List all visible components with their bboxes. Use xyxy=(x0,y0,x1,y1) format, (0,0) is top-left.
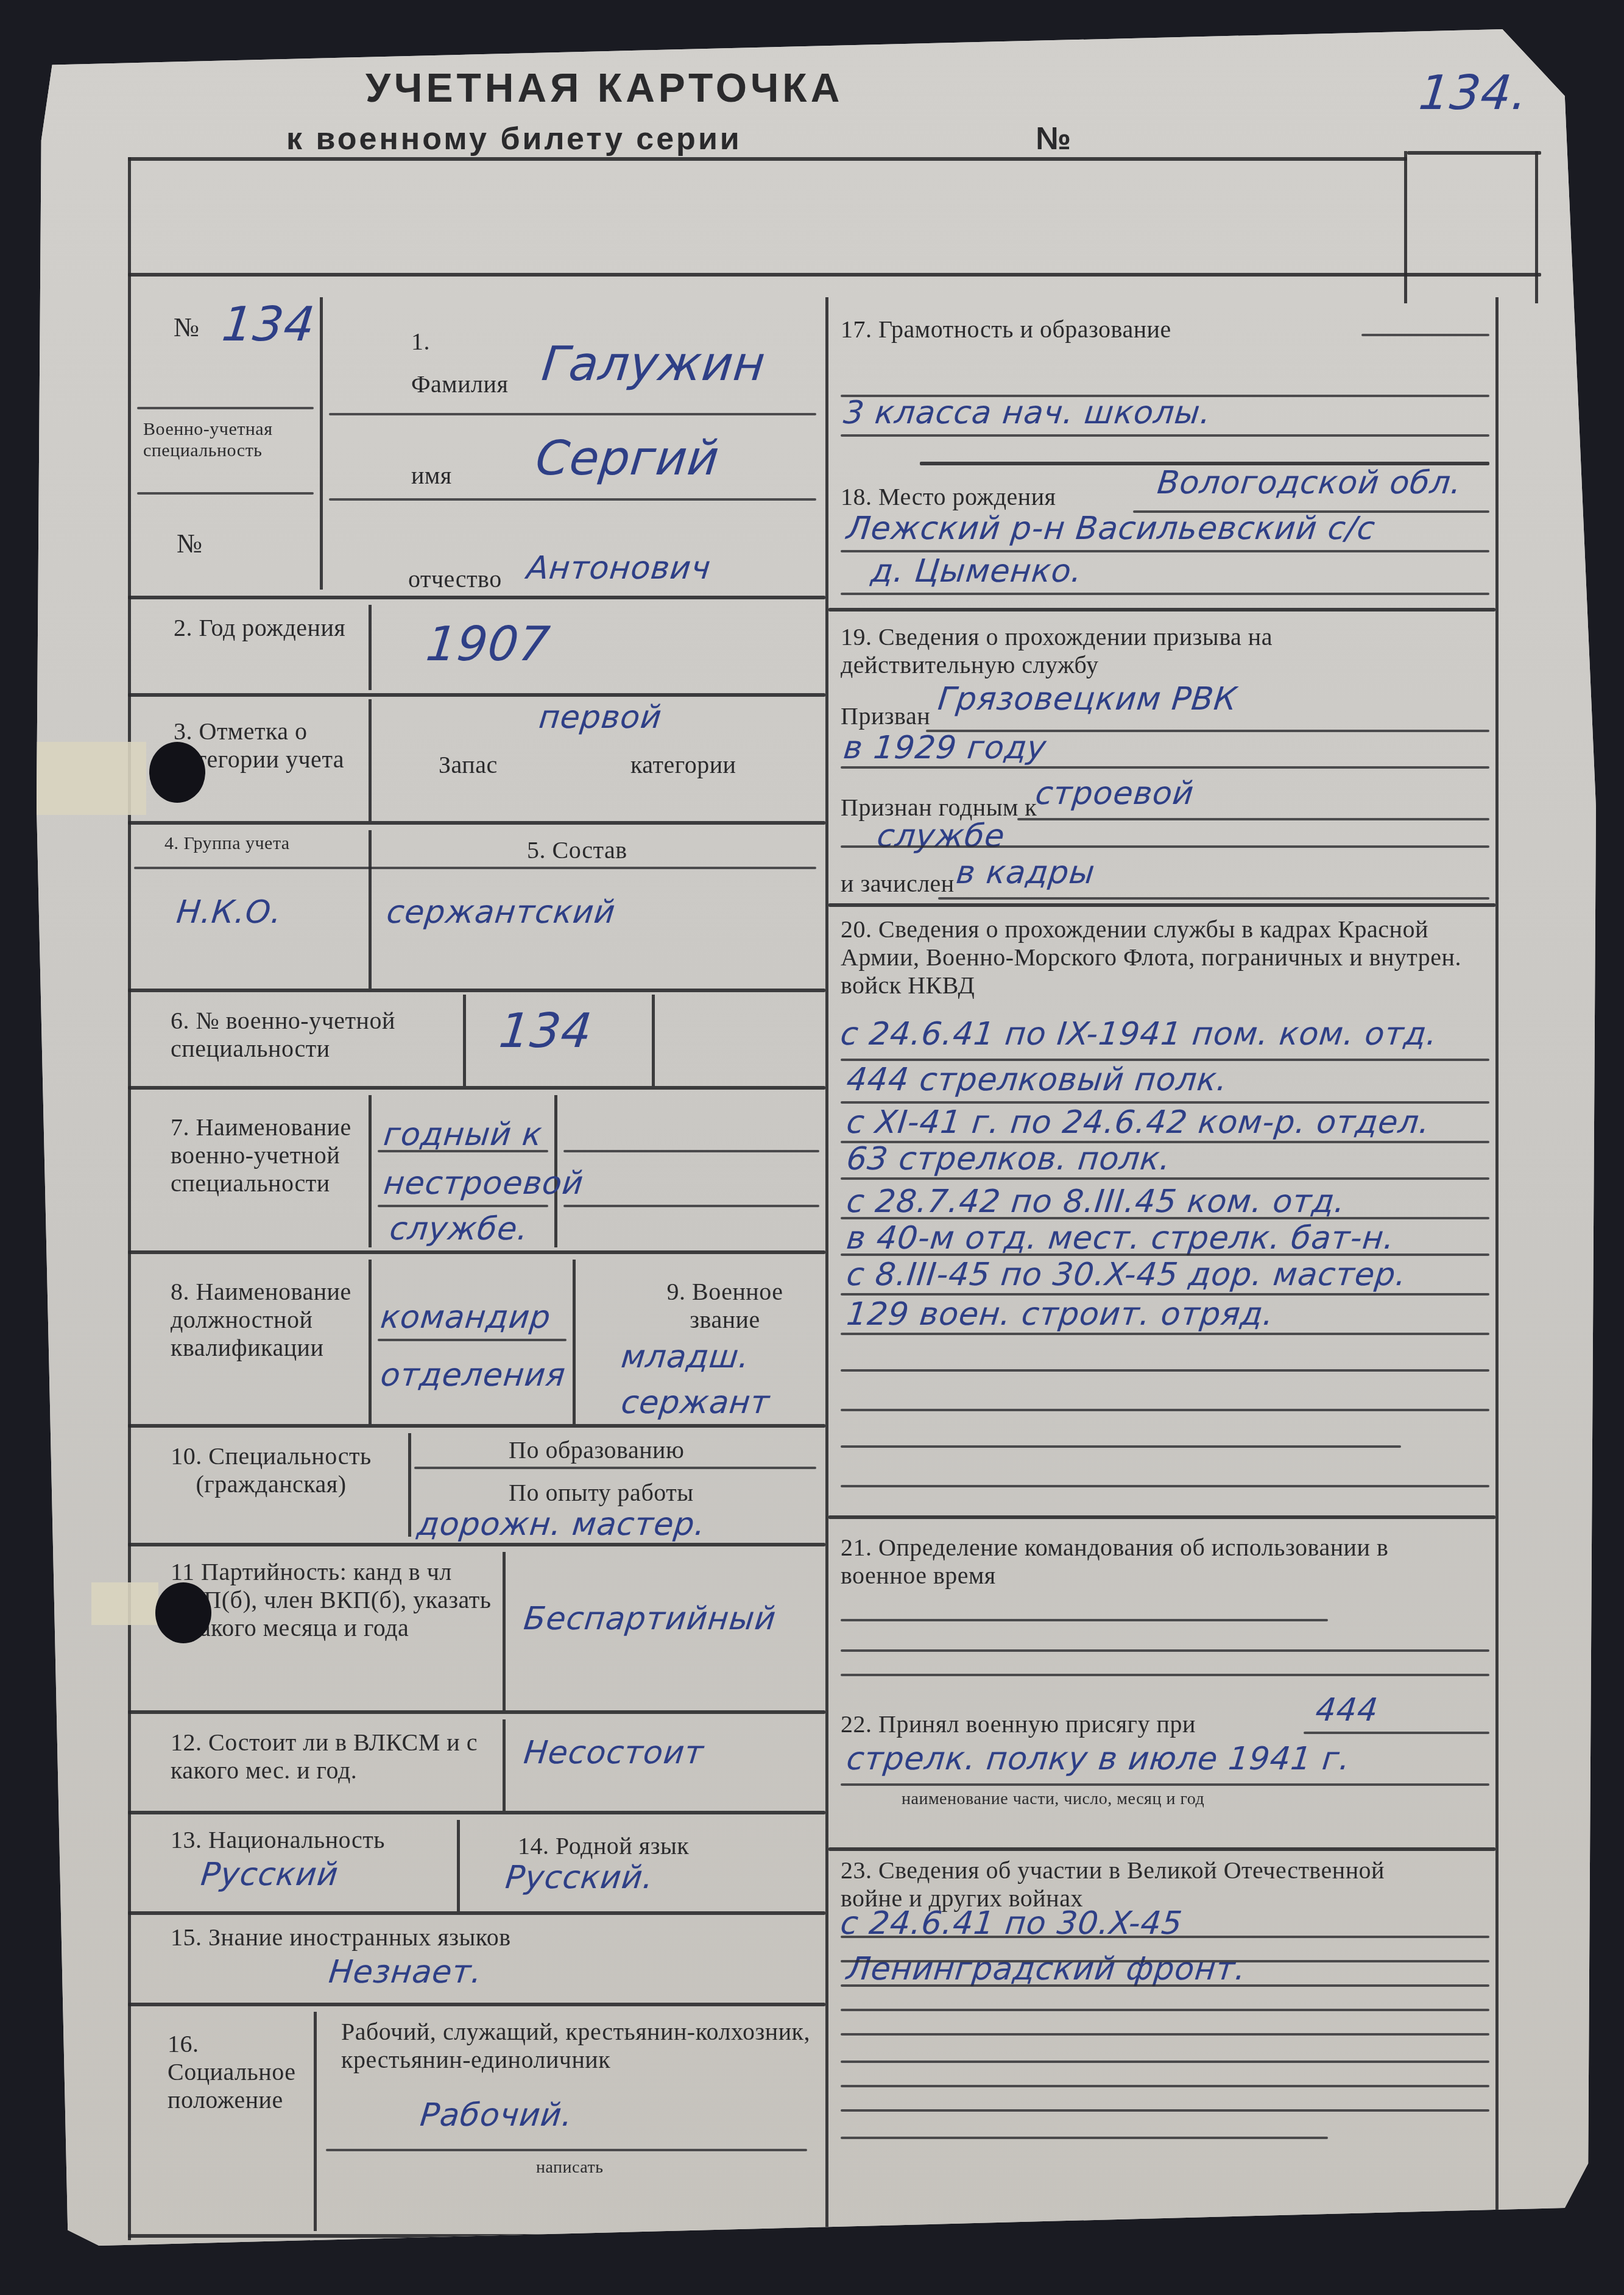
divider xyxy=(369,699,372,821)
patronymic-value: Антонович xyxy=(525,550,713,587)
rule xyxy=(414,1467,816,1469)
called-value-line2: в 1929 году xyxy=(842,730,1048,766)
field15-label: 15. Знание иностранных языков xyxy=(171,1923,511,1951)
field19-label: 19. Сведения о прохождении призыва на де… xyxy=(841,623,1450,679)
rule xyxy=(841,1649,1489,1652)
number-sign: № xyxy=(1036,121,1071,157)
rule xyxy=(841,2109,1489,2112)
punch-hole-bottom xyxy=(155,1582,211,1643)
field6-label: 6. № военно-учетной специальности xyxy=(171,1007,457,1063)
frame-bottom-line xyxy=(128,2234,1499,2238)
divider xyxy=(503,1552,506,1710)
rule xyxy=(1361,334,1489,336)
document-subtitle: к военному билету серии xyxy=(286,121,742,157)
name-value: Сергий xyxy=(533,431,722,486)
repair-tape xyxy=(91,1582,158,1625)
field3-suffix: категории xyxy=(630,751,736,779)
divider xyxy=(369,1260,372,1424)
rule xyxy=(563,1205,819,1207)
rule xyxy=(841,1293,1489,1296)
rule xyxy=(841,1485,1489,1487)
service-entry-4: 63 стрелков. полк. xyxy=(845,1141,1173,1177)
field16-hint: написать xyxy=(536,2158,604,2177)
rule xyxy=(841,2061,1489,2063)
field22-hint: наименование части, число, месяц и год xyxy=(902,1789,1204,1809)
field11-value: Беспартийный xyxy=(522,1601,778,1637)
punch-hole-top xyxy=(149,742,205,803)
service-entry-7: с 8.III-45 по 30.X-45 дор. мастер. xyxy=(845,1257,1408,1293)
rule xyxy=(841,1217,1489,1219)
rule xyxy=(128,1086,825,1090)
rule xyxy=(841,2137,1328,2139)
rule xyxy=(128,1710,825,1714)
divider xyxy=(457,1820,460,1911)
field3-value: первой xyxy=(537,699,664,736)
rule xyxy=(841,593,1489,595)
called-label: Призван xyxy=(841,702,930,730)
field18-label: 18. Место рождения xyxy=(841,483,1056,511)
vus-label: Военно-учетная специальность xyxy=(143,419,302,461)
repair-tape xyxy=(30,742,146,815)
number-box-top xyxy=(1407,151,1541,155)
field12-value: Несостоит xyxy=(522,1735,706,1771)
field2-label: 2. Год рождения xyxy=(174,614,350,642)
rule xyxy=(841,1409,1489,1411)
enlisted-value: в кадры xyxy=(955,855,1097,891)
rule xyxy=(128,693,825,697)
rule xyxy=(134,867,816,869)
field1-index: 1. xyxy=(411,328,430,356)
field14-label: 14. Родной язык xyxy=(518,1832,689,1860)
service-entry-5: с 28.7.42 по 8.III.45 ком. отд. xyxy=(845,1183,1347,1220)
by-experience-value: дорожн. мастер. xyxy=(415,1506,707,1543)
rule xyxy=(128,1424,825,1428)
field18-value-line2: Лежский р-н Васильевский с/с xyxy=(845,510,1377,547)
field8-value-line2: отделения xyxy=(379,1357,568,1394)
rule xyxy=(828,1847,1495,1851)
field8-label: 8. Наименование должностной квалификации xyxy=(171,1278,359,1362)
number-box-right xyxy=(1535,151,1538,303)
divider xyxy=(463,995,466,1086)
rule xyxy=(841,1059,1489,1061)
rule xyxy=(828,1515,1495,1519)
rule xyxy=(128,596,825,599)
field7-value-line3: службе. xyxy=(388,1211,530,1247)
rule xyxy=(841,550,1489,552)
rule xyxy=(137,492,314,495)
rule xyxy=(841,1960,1489,1962)
number-box-left xyxy=(1404,151,1407,303)
divider xyxy=(369,1095,372,1247)
divider xyxy=(573,1260,576,1424)
field23-label: 23. Сведения об участии в Великой Отечес… xyxy=(841,1856,1450,1912)
field13-value: Русский xyxy=(199,1856,341,1893)
rule xyxy=(378,1339,567,1341)
document-sheet: УЧЕТНАЯ КАРТОЧКА к военному билету серии… xyxy=(37,29,1596,2252)
field16-label: 16. Социальное положение xyxy=(168,2030,302,2114)
rule xyxy=(563,1150,819,1152)
rule xyxy=(841,1984,1489,1987)
rule xyxy=(841,766,1489,769)
surname-label: Фамилия xyxy=(411,370,508,398)
rule xyxy=(841,2085,1489,2087)
fit-value-line2: службе xyxy=(875,818,1007,855)
rule xyxy=(1017,818,1489,820)
divider xyxy=(314,2012,317,2231)
field5-label: 5. Состав xyxy=(527,836,627,864)
rule xyxy=(841,1101,1489,1104)
vus-no-label: № xyxy=(177,529,202,560)
field2-value: 1907 xyxy=(423,617,553,672)
field18-value-line1: Вологодской обл. xyxy=(1156,465,1464,501)
column-divider xyxy=(825,297,828,2234)
field16-value: Рабочий. xyxy=(418,2097,574,2134)
field7-value-line1: годный к xyxy=(382,1116,544,1153)
field12-label: 12. Состоит ли в ВЛКСМ и с какого мес. и… xyxy=(171,1729,500,1785)
rule xyxy=(841,2009,1489,2011)
field18-value-line3: д. Цыменко. xyxy=(869,553,1084,590)
rule xyxy=(128,1911,825,1915)
service-entry-3: с XI-41 г. по 24.6.42 ком-р. отдел. xyxy=(845,1104,1432,1141)
rule xyxy=(828,903,1495,907)
rule xyxy=(1304,1732,1489,1734)
rule xyxy=(128,1250,825,1254)
enlisted-label: и зачислен xyxy=(841,870,955,898)
field9-value-line1: младш. xyxy=(620,1339,752,1375)
patronymic-label: отчество xyxy=(408,565,502,593)
rule xyxy=(128,2003,825,2006)
field14-value: Русский. xyxy=(504,1860,655,1896)
rule xyxy=(828,608,1495,612)
rule xyxy=(841,2033,1489,2036)
field17-label: 17. Грамотность и образование xyxy=(841,316,1171,344)
frame-right-line xyxy=(1495,297,1499,2234)
rule xyxy=(841,1674,1489,1676)
divider xyxy=(369,605,372,690)
field7-label: 7. Наименование военно-учетной специальн… xyxy=(171,1113,353,1197)
rule xyxy=(128,1811,825,1814)
divider xyxy=(503,1719,506,1811)
fit-value-line1: строевой xyxy=(1034,775,1196,812)
rule xyxy=(841,1369,1489,1372)
field3-prefix: Запас xyxy=(439,751,498,779)
rule xyxy=(378,1205,548,1207)
field9-value-line2: сержант xyxy=(620,1384,772,1421)
service-entry-1: с 24.6.41 по IX-1941 пом. ком. отд. xyxy=(839,1016,1439,1052)
rule xyxy=(841,1177,1489,1180)
rule xyxy=(841,1783,1489,1786)
service-entry-8: 129 воен. строит. отряд. xyxy=(845,1296,1276,1333)
header-bottom-line xyxy=(128,273,1541,277)
field13-label: 13. Национальность xyxy=(171,1826,385,1854)
called-value-line1: Грязовецким РВК xyxy=(936,681,1239,717)
rule xyxy=(841,1253,1489,1256)
rule xyxy=(841,1333,1489,1335)
field20-label: 20. Сведения о прохождении службы в кадр… xyxy=(841,915,1486,999)
field16-options: Рабочий, служащий, крестьянин-колхозник,… xyxy=(341,2018,810,2074)
header-no-label: № xyxy=(174,312,199,344)
service-entry-2: 444 стрелковый полк. xyxy=(845,1062,1229,1098)
surname-value: Галужин xyxy=(539,337,768,392)
rule xyxy=(137,407,314,409)
name-label: имя xyxy=(411,462,452,490)
rule xyxy=(326,2149,807,2151)
field10-label: 10. Специальность (гражданская) xyxy=(137,1442,405,1498)
field15-value: Незнает. xyxy=(327,1954,484,1990)
war-entry-2: Ленинградский фронт. xyxy=(845,1951,1248,1987)
rule xyxy=(128,989,825,992)
rule xyxy=(128,821,825,825)
by-experience-label: По опыту работы xyxy=(509,1479,694,1507)
field22-label: 22. Принял военную присягу при xyxy=(841,1710,1196,1738)
rule xyxy=(938,897,1489,900)
frame-top-line xyxy=(128,157,1407,161)
by-education-label: По образованию xyxy=(509,1436,684,1464)
service-entry-6: в 40-м отд. мест. стрелк. бат-н. xyxy=(845,1220,1397,1257)
document-title: УЧЕТНАЯ КАРТОЧКА xyxy=(365,65,843,111)
field7-value-line2: нестроевой xyxy=(382,1165,585,1202)
field4-value: Н.К.О. xyxy=(175,894,284,931)
field8-value-line1: командир xyxy=(379,1299,553,1336)
field9-label: 9. Военное звание xyxy=(646,1278,804,1334)
rule xyxy=(128,1543,825,1546)
rule xyxy=(329,413,816,415)
card-number: 134. xyxy=(1416,66,1530,121)
rule xyxy=(841,1619,1328,1621)
field4-label: 4. Группа учета xyxy=(164,833,290,855)
rule xyxy=(329,498,816,501)
field11-label: 11 Партийность: канд в чл ВКП(б), член В… xyxy=(171,1558,500,1642)
rule xyxy=(378,1150,548,1152)
divider xyxy=(408,1433,411,1537)
divider xyxy=(369,830,372,989)
field5-value: сержантский xyxy=(385,894,617,931)
field17-value: 3 класса нач. школы. xyxy=(842,395,1213,431)
rule xyxy=(841,1936,1489,1938)
frame-left-line xyxy=(128,157,131,2240)
field6-value: 134 xyxy=(496,1004,595,1059)
divider xyxy=(652,995,655,1086)
field22-value-line1: 444 xyxy=(1314,1692,1380,1729)
rule xyxy=(841,1445,1401,1448)
rule xyxy=(841,845,1489,848)
rule xyxy=(841,434,1489,437)
field21-label: 21. Определение командования об использо… xyxy=(841,1534,1450,1590)
divider xyxy=(320,297,323,590)
header-no-value: 134 xyxy=(219,297,317,352)
field22-value-line2: стрелк. полку в июле 1941 г. xyxy=(845,1741,1352,1777)
